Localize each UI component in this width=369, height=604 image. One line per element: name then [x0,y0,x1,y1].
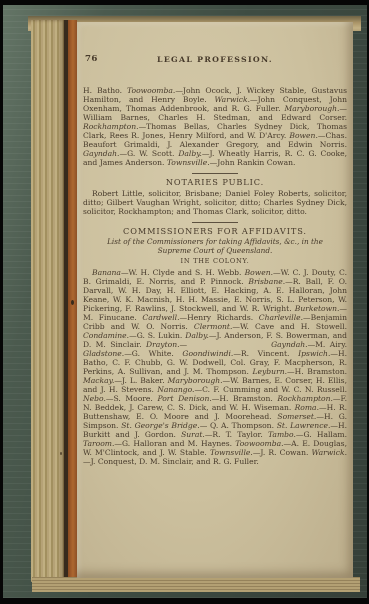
paper-speck [60,452,62,455]
place-name: Condamine. [83,331,129,340]
place-name: Somerset. [277,412,316,421]
notaries-heading: NOTARIES PUBLIC. [83,178,347,187]
commissioners-subtitle: List of the Commissioners for taking Aff… [95,238,335,255]
place-name: Dalby. [185,331,209,340]
place-name: Goondiwindi. [182,349,233,358]
place-name: Roma. [295,403,319,412]
place-name: Ipswich. [298,349,330,358]
place-name: Banana [92,268,121,277]
text-run: —W. Cave and H. Stowell. [232,322,347,331]
place-name: Tambo. [268,430,296,439]
text-run: — Q. A. Thompson. [200,421,277,430]
text-run: —W. H. Clyde and S. H. Webb. [121,268,245,277]
place-name: Nebo. [83,394,106,403]
place-name: Brisbane. [248,277,285,286]
place-name: Mackay. [83,376,114,385]
place-name: Maryborough. [284,104,339,113]
place-name: Bowen. [245,268,273,277]
text-run: —J. Conquest, D. M. Sinclair, and R. G. … [83,457,259,466]
place-name: Cardwell. [142,313,179,322]
text-run: —J. R. Cowan. [253,448,312,457]
place-name: Townsville. [167,158,210,167]
page-edges-bottom [32,577,360,592]
text-run: Robert Little, solicitor, Brisbane; Dani… [83,189,347,216]
text-run: —H. Bramston. [287,367,347,376]
place-name: Warwick. [312,448,348,457]
place-name: Surat. [181,430,205,439]
text-run: —R. T. Taylor. [205,430,268,439]
section-divider [192,173,238,174]
text-run: H. Batho. [83,86,127,95]
place-name: Drayton. [146,340,179,349]
text-run: —Henry Richards. [179,313,258,322]
place-name: Leyburn. [252,367,287,376]
commissioners-scope-heading: IN THE COLONY. [83,257,347,266]
place-name: Burketown. [295,304,340,313]
place-name: Clermont. [194,322,233,331]
text-run: —R. Vincent. [233,349,298,358]
place-name: Bowen. [289,131,317,140]
place-name: Townsville. [210,448,253,457]
place-name: Warwick. [215,95,251,104]
text-run: —John Rankin Cowan. [210,158,296,167]
place-name: Rockhampton. [83,122,139,131]
attorneys-continued-paragraph: H. Batho. Toowoomba.—John Ocock, J. Wick… [83,86,347,167]
book-page: 76 LEGAL PROFESSION. H. Batho. Toowoomba… [77,22,353,578]
text-run: —G. S. Lukin. [129,331,185,340]
text-run: —S. Moore. [106,394,158,403]
text-run: —G. White. [124,349,182,358]
place-name: St. Lawrence. [277,421,331,430]
place-name: Maryborough. [168,376,223,385]
place-name: Port Denison. [157,394,211,403]
text-run: —J. L. Baker. [114,376,167,385]
text-run: — [180,340,188,349]
place-name: Gayndah. [271,340,307,349]
page-header: 76 LEGAL PROFESSION. [83,55,347,65]
paper-speck [71,300,74,305]
place-name: Rockhampton. [277,394,333,403]
book-photo: 76 LEGAL PROFESSION. H. Batho. Toowoomba… [0,0,369,604]
place-name: Toowoomba. [127,86,175,95]
place-name: Gladstone. [83,349,124,358]
running-title: LEGAL PROFESSION. [83,55,347,64]
place-name: St. George's Bridge. [121,421,200,430]
place-name: Charleville. [259,313,303,322]
commissioners-heading: COMMISSIONERS FOR AFFIDAVITS. [83,227,347,236]
page-number: 76 [85,55,98,64]
place-name: Gayndah. [83,149,119,158]
place-name: Dalby. [178,149,202,158]
place-name: Nanango. [157,385,194,394]
place-name: Taroom. [83,439,114,448]
page-content: 76 LEGAL PROFESSION. H. Batho. Toowoomba… [77,22,353,578]
notaries-paragraph: Robert Little, solicitor, Brisbane; Dani… [83,189,347,216]
page-edges-left [31,20,64,582]
text-run: —G. Halloran and M. Haynes. [114,439,235,448]
text-run: —M. Airy. [308,340,347,349]
section-divider [192,222,238,223]
text-run: —G. Hallam. [296,430,347,439]
text-run: —G. W. Scott. [119,149,178,158]
commissioners-paragraph: Banana—W. H. Clyde and S. H. Webb. Bowen… [83,268,347,466]
text-run: —C. F. Cumming and W. C. N. Russell. [194,385,347,394]
text-run: —H. Bramston. [212,394,278,403]
place-name: Toowoomba. [235,439,283,448]
